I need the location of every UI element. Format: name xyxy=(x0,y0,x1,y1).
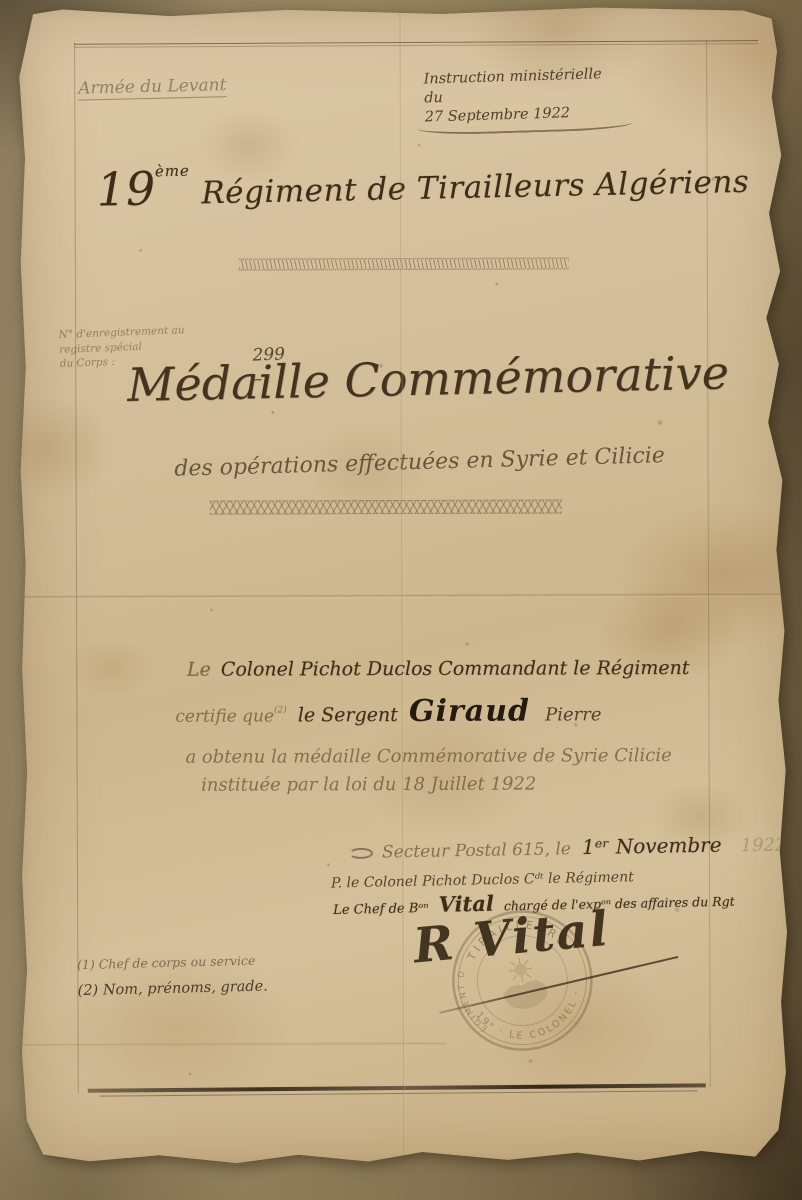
faded-word-le: Le xyxy=(187,659,211,681)
footnote-ref-2: (2) xyxy=(274,705,287,715)
ministerial-instruction-note: Instruction ministérielle du 27 Septembr… xyxy=(423,65,625,135)
recipient-surname: Giraud xyxy=(409,694,530,729)
pen-flourish xyxy=(349,848,373,859)
certifies-that: certifie que xyxy=(175,706,274,726)
dateline: Secteur Postal 615, le 1ᵉʳ Novembre 1922 xyxy=(349,832,769,863)
regiment-number: 19 xyxy=(96,161,156,216)
recipient-rank: le Sergent xyxy=(298,704,398,726)
certification-line4: instituée par la loi du 18 Juillet 1922 xyxy=(119,773,619,796)
certification-line1: LeColonel Pichot Duclos Commandant le Ré… xyxy=(148,657,728,681)
footnote-1: (1) Chef de corps ou service xyxy=(77,952,267,972)
instruction-line1: Instruction ministérielle du xyxy=(423,65,624,109)
decorative-braid-band xyxy=(210,499,562,514)
certification-line2: certifie que(2) le Sergent Giraud Pierre xyxy=(128,693,648,730)
year: 1922 xyxy=(740,834,786,856)
regiment-ordinal: ème xyxy=(155,162,190,181)
certificate-paper: Armée du Levant Instruction ministériell… xyxy=(16,5,794,1168)
recipient-firstname: Pierre xyxy=(545,704,601,725)
footnote-2: (2) Nom, prénoms, grade. xyxy=(78,978,268,999)
medal-title: Médaille Commémorative xyxy=(127,346,708,412)
footnotes: (1) Chef de corps ou service (2) Nom, pr… xyxy=(77,952,268,999)
hand-drawn-border-bottom xyxy=(88,1083,706,1092)
lower-fold-crease xyxy=(20,1042,446,1046)
chief-title: Le Chef de Bᵒⁿ xyxy=(333,901,429,918)
commander-statement: Colonel Pichot Duclos Commandant le Régi… xyxy=(221,657,690,681)
hand-drawn-border-left xyxy=(74,43,80,1093)
certification-line3: a obtenu la médaille Commémorative de Sy… xyxy=(139,745,719,768)
decorative-scribble-band xyxy=(239,257,569,270)
date: 1ᵉʳ Novembre xyxy=(582,833,722,859)
photo-of-certificate: Armée du Levant Instruction ministériell… xyxy=(0,0,802,1200)
hand-drawn-border-top xyxy=(74,40,758,48)
certificate-paper-wrapper: Armée du Levant Instruction ministériell… xyxy=(18,6,792,1166)
regiment-heading: 19ème Régiment de Tirailleurs Algériens xyxy=(96,149,727,216)
postal-sector: Secteur Postal 615, le xyxy=(382,839,571,862)
regiment-name: Régiment de Tirailleurs Algériens xyxy=(201,164,750,211)
medal-subtitle: des opérations effectuées en Syrie et Ci… xyxy=(139,442,699,483)
horizontal-fold-crease xyxy=(18,593,792,600)
army-corps-label: Armée du Levant xyxy=(78,75,227,101)
